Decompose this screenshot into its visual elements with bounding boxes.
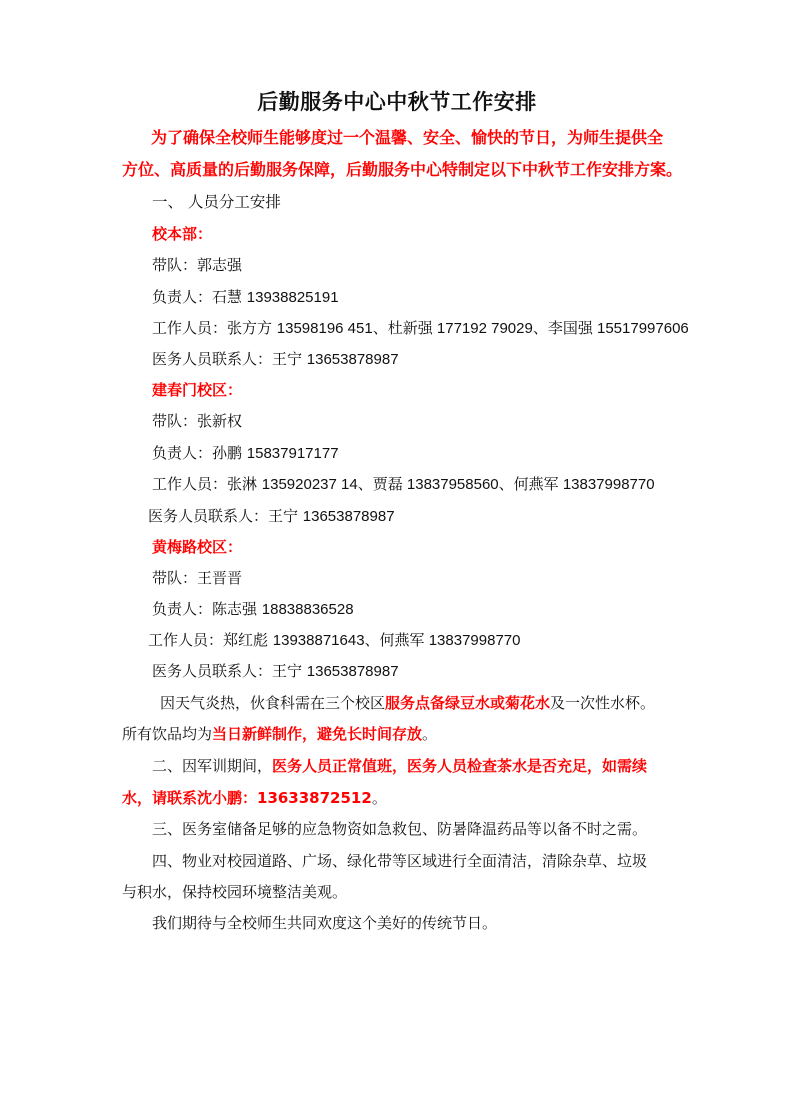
campus-manager: 负责人：陈志强 18838836528	[152, 599, 354, 620]
intro-line-2: 方位、高质量的后勤服务保障，后勤服务中心特制定以下中秋节工作安排方案。	[122, 160, 682, 180]
manager-label: 负责人：陈志强	[152, 600, 262, 618]
campus-staff: 工作人员：郑红彪 13938871643、何燕军 13837998770	[148, 630, 520, 651]
manager-phone: 18838836528	[262, 601, 354, 618]
section-4-line-2: 与积水，保持校园环境整洁美观。	[122, 882, 347, 902]
campus-medical-contact: 医务人员联系人：王宁 13653878987	[152, 349, 399, 370]
campus-staff: 工作人员：张淋 135920237 14、贾磊 13837958560、何燕军 …	[152, 474, 655, 495]
staff-label: 工作人员：张淋	[152, 475, 262, 493]
section-4-line-1: 四、物业对校园道路、广场、绿化带等区域进行全面清洁，清除杂草、垃圾	[152, 851, 647, 871]
campus-name: 校本部：	[152, 224, 212, 244]
medical-phone: 13653878987	[303, 508, 395, 525]
closing-statement: 我们期待与全校师生共同欢度这个美好的传统节日。	[152, 913, 497, 933]
campus-medical-contact: 医务人员联系人：王宁 13653878987	[148, 506, 395, 527]
manager-phone: 15837917177	[247, 445, 339, 462]
intro-line-1: 为了确保全校师生能够度过一个温馨、安全、愉快的节日，为师生提供全	[151, 128, 663, 148]
staff-contacts: 13598196 451、杜新强 177192 79029、李国强 155179…	[277, 320, 689, 337]
campus-leader: 带队：张新权	[152, 411, 242, 431]
section-2-text: 。	[372, 789, 387, 807]
campus-name: 建春门校区：	[152, 380, 242, 400]
section-1-heading: 一、 人员分工安排	[152, 192, 281, 212]
medical-label: 医务人员联系人：王宁	[148, 507, 303, 525]
campus-name: 黄梅路校区：	[152, 537, 242, 557]
staff-contacts: 135920237 14、贾磊 13837958560、何燕军 13837998…	[262, 476, 655, 493]
drinks-text: 及一次性水杯。	[550, 694, 655, 712]
drinks-paragraph-line-1: 因天气炎热，伙食科需在三个校区服务点备绿豆水或菊花水及一次性水杯。	[160, 693, 655, 713]
section-2-text: 二、因军训期间，	[152, 757, 272, 775]
manager-phone: 13938825191	[247, 289, 339, 306]
medical-label: 医务人员联系人：王宁	[152, 662, 307, 680]
drinks-highlight: 服务点备绿豆水或菊花水	[385, 694, 550, 712]
medical-phone: 13653878987	[307, 663, 399, 680]
drinks-highlight: 当日新鲜制作，避免长时间存放	[212, 725, 422, 743]
staff-label: 工作人员：张方方	[152, 319, 277, 337]
section-2-line-1: 二、因军训期间，医务人员正常值班，医务人员检查茶水是否充足，如需续	[152, 756, 647, 776]
staff-label: 工作人员：郑红彪	[148, 631, 273, 649]
campus-leader: 带队：王晋晋	[152, 568, 242, 588]
drinks-paragraph-line-2: 所有饮品均为当日新鲜制作，避免长时间存放。	[122, 724, 437, 744]
section-3: 三、医务室储备足够的应急物资如急救包、防暑降温药品等以备不时之需。	[152, 819, 647, 839]
manager-label: 负责人：石慧	[152, 288, 247, 306]
campus-manager: 负责人：孙鹏 15837917177	[152, 443, 339, 464]
staff-contacts: 13938871643、何燕军 13837998770	[273, 632, 521, 649]
campus-staff: 工作人员：张方方 13598196 451、杜新强 177192 79029、李…	[152, 318, 689, 339]
medical-phone: 13653878987	[307, 351, 399, 368]
campus-leader: 带队：郭志强	[152, 255, 242, 275]
campus-manager: 负责人：石慧 13938825191	[152, 287, 339, 308]
drinks-text: 所有饮品均为	[122, 725, 212, 743]
section-2-contact: 水，请联系沈小鹏：13633872512	[122, 789, 372, 807]
section-2-line-2: 水，请联系沈小鹏：13633872512。	[122, 788, 387, 808]
manager-label: 负责人：孙鹏	[152, 444, 247, 462]
campus-medical-contact: 医务人员联系人：王宁 13653878987	[152, 661, 399, 682]
medical-label: 医务人员联系人：王宁	[152, 350, 307, 368]
section-2-highlight: 医务人员正常值班，医务人员检查茶水是否充足，如需续	[272, 757, 647, 775]
document-title: 后勤服务中心中秋节工作安排	[0, 86, 794, 116]
drinks-text: 因天气炎热，伙食科需在三个校区	[160, 694, 385, 712]
drinks-text: 。	[422, 725, 437, 743]
document-page: 后勤服务中心中秋节工作安排 为了确保全校师生能够度过一个温馨、安全、愉快的节日，…	[0, 0, 794, 1108]
